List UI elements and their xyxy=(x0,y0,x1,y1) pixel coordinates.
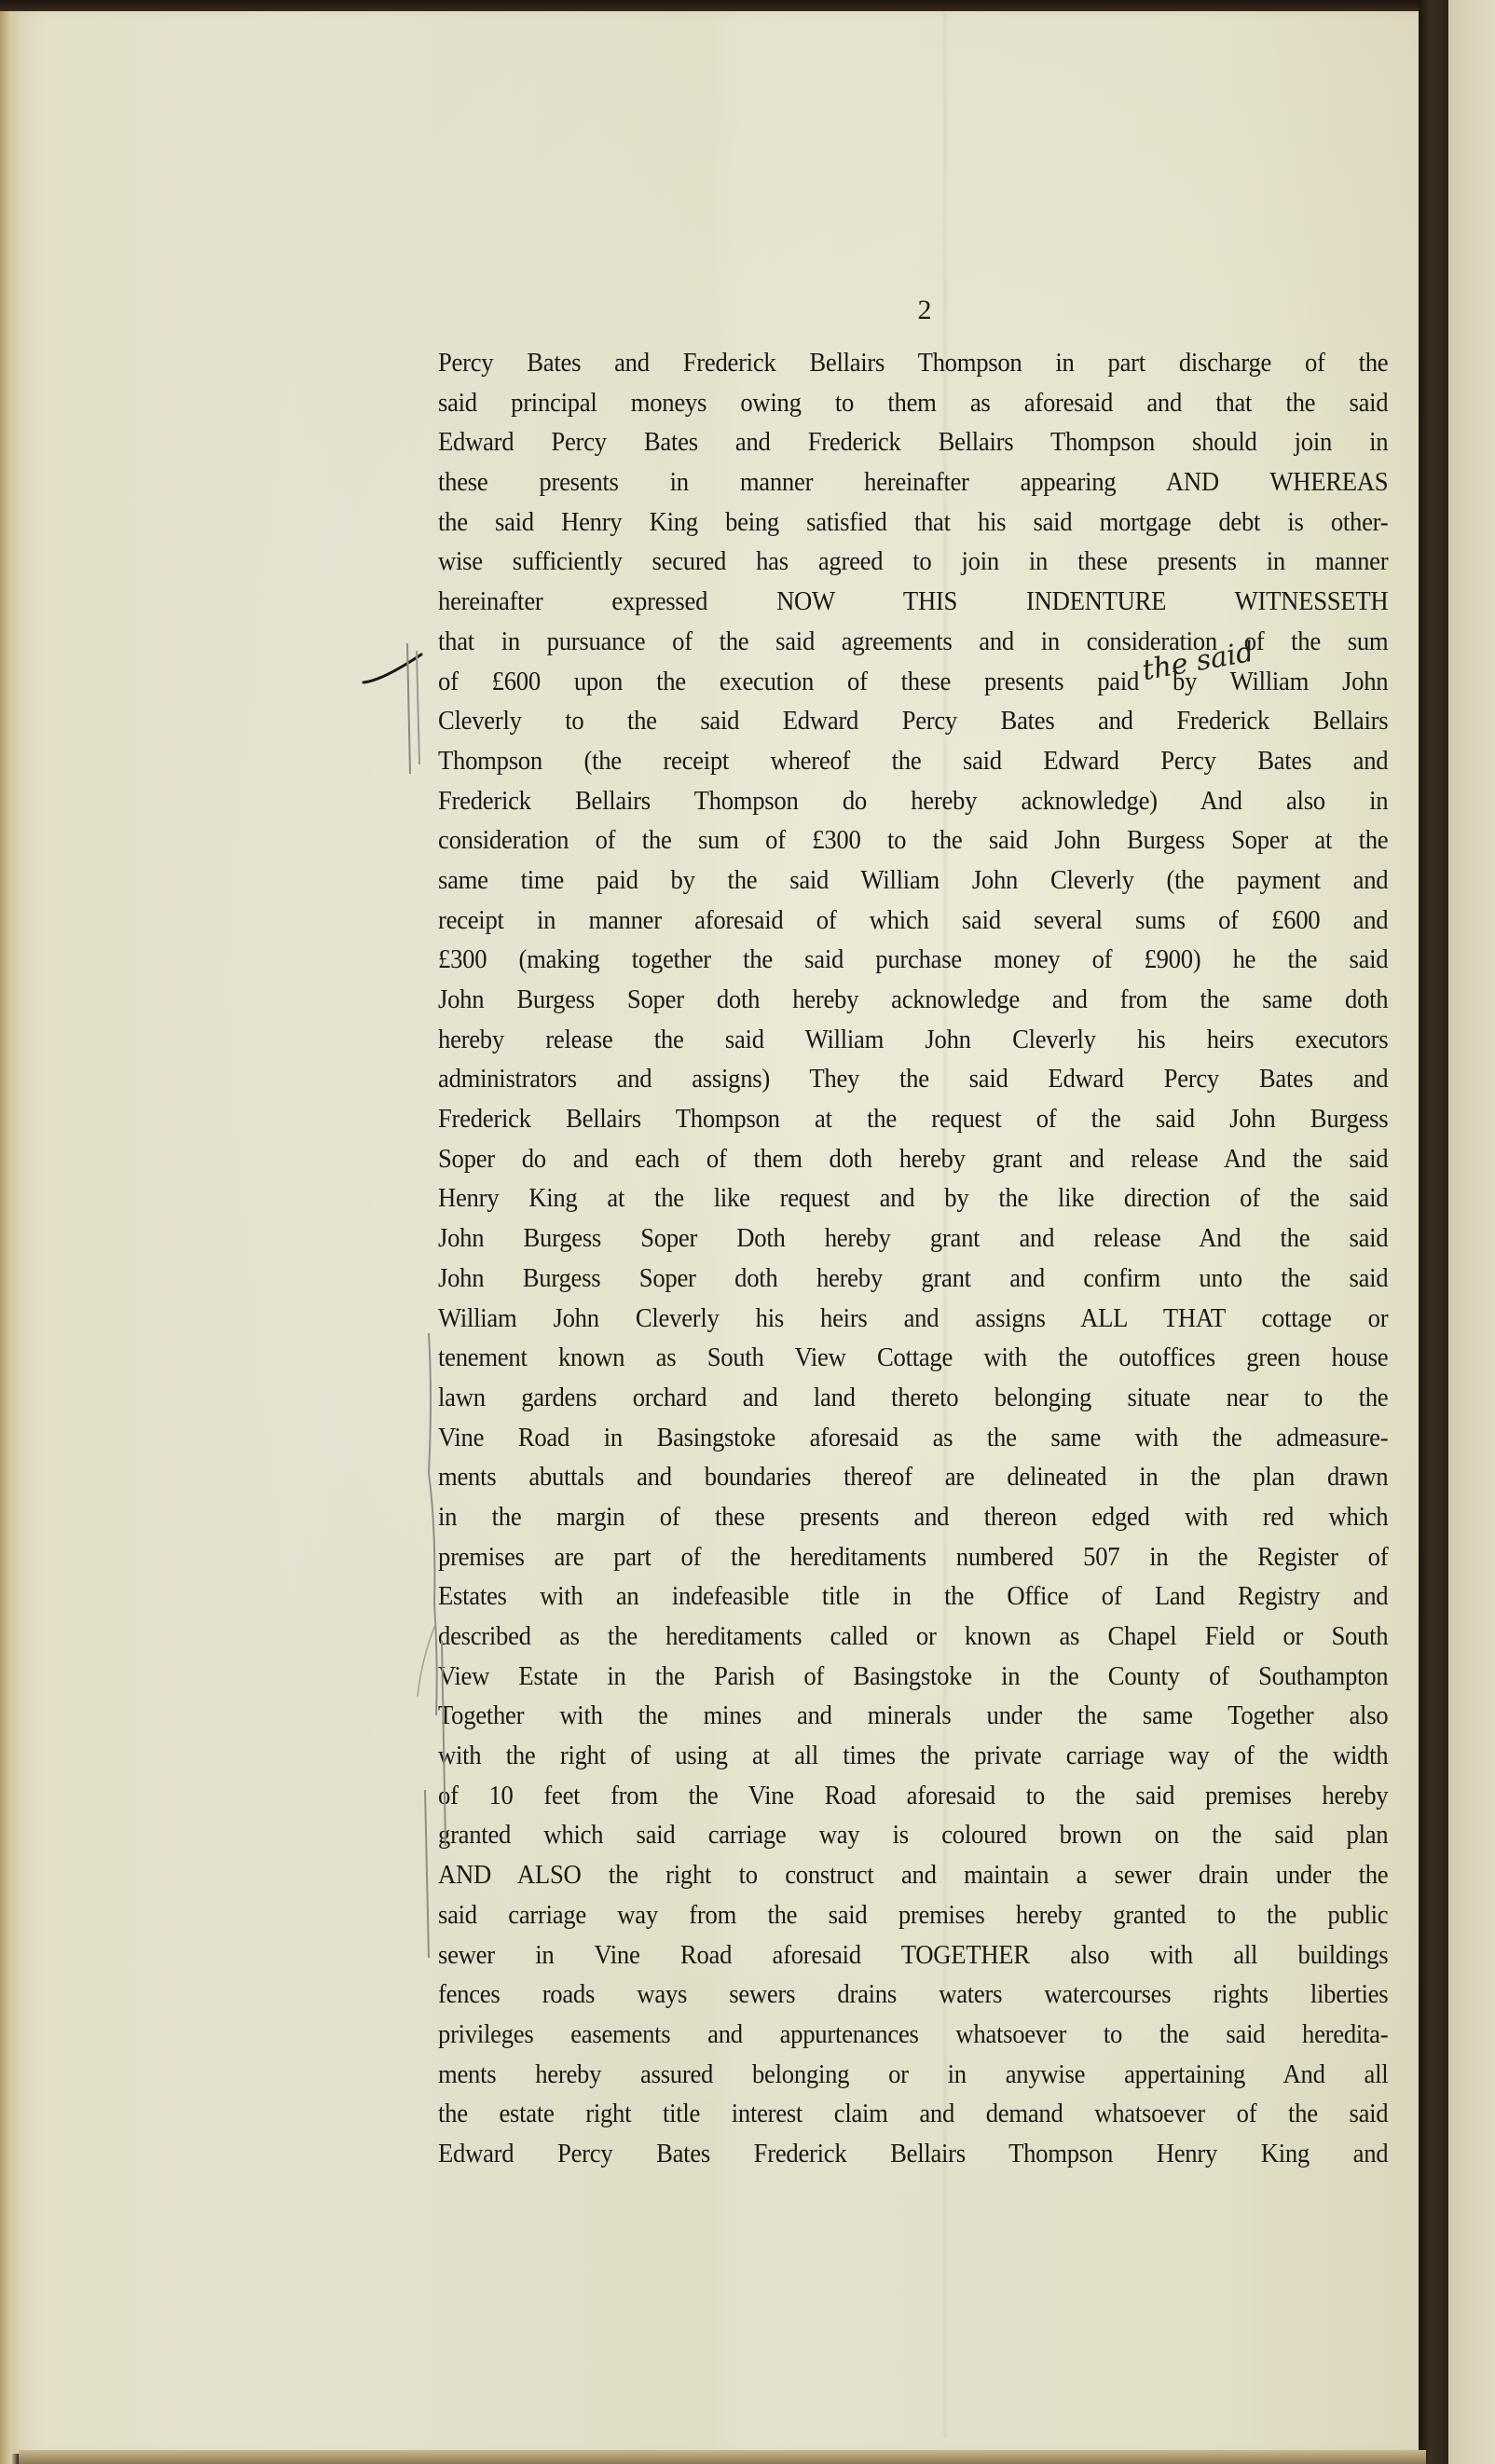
text-line: sewer in Vine Road aforesaid TOGETHER al… xyxy=(438,1935,1388,1975)
text-line: these presents in manner hereinafter app… xyxy=(438,462,1388,502)
text-line: Soper do and each of them doth hereby gr… xyxy=(438,1139,1388,1179)
text-line: said carriage way from the said premises… xyxy=(438,1895,1388,1935)
text-line: fences roads ways sewers drains waters w… xyxy=(438,1975,1388,2015)
page-bottom-edge xyxy=(19,2450,1426,2464)
text-line: View Estate in the Parish of Basingstoke… xyxy=(438,1657,1388,1697)
text-line: Estates with an indefeasible title in th… xyxy=(438,1576,1388,1617)
text-line: AND ALSO the right to construct and main… xyxy=(438,1855,1388,1895)
text-line: Edward Percy Bates and Frederick Bellair… xyxy=(438,422,1388,462)
text-line: John Burgess Soper Doth hereby grant and… xyxy=(438,1218,1388,1259)
text-line: Cleverly to the said Edward Percy Bates … xyxy=(438,701,1388,741)
indenture-body-text: Percy Bates and Frederick Bellairs Thomp… xyxy=(438,343,1389,2174)
page-number: 2 xyxy=(906,295,943,326)
text-line: Thompson (the receipt whereof the said E… xyxy=(438,741,1388,781)
text-line: consideration of the sum of £300 to the … xyxy=(438,820,1388,860)
text-line: same time paid by the said William John … xyxy=(438,860,1388,901)
text-line: administrators and assigns) They the sai… xyxy=(438,1059,1388,1099)
text-line: said principal moneys owing to them as a… xyxy=(438,383,1388,423)
text-line: wise sufficiently secured has agreed to … xyxy=(438,542,1388,582)
text-line: £300 (making together the said purchase … xyxy=(438,940,1388,980)
book-binding-gutter xyxy=(1419,0,1448,2464)
text-line: John Burgess Soper doth hereby acknowled… xyxy=(438,980,1388,1020)
text-line: hereby release the said William John Cle… xyxy=(438,1020,1388,1060)
text-line: Frederick Bellairs Thompson at the reque… xyxy=(438,1099,1388,1139)
text-line: ments hereby assured belonging or in any… xyxy=(438,2055,1388,2095)
text-line: Vine Road in Basingstoke aforesaid as th… xyxy=(438,1418,1388,1458)
text-line: Frederick Bellairs Thompson do hereby ac… xyxy=(438,781,1388,821)
text-line: hereinafter expressed NOW THIS INDENTURE… xyxy=(438,582,1388,622)
page-left-edge xyxy=(0,11,19,2464)
text-line: Together with the mines and minerals und… xyxy=(438,1696,1388,1736)
text-line: of 10 feet from the Vine Road aforesaid … xyxy=(438,1776,1388,1816)
text-line: William John Cleverly his heirs and assi… xyxy=(438,1299,1388,1339)
text-line: described as the hereditaments called or… xyxy=(438,1617,1388,1657)
text-line: tenement known as South View Cottage wit… xyxy=(438,1338,1388,1378)
text-line: the said Henry King being satisfied that… xyxy=(438,502,1388,543)
text-line: with the right of using at all times the… xyxy=(438,1736,1388,1776)
text-line: Percy Bates and Frederick Bellairs Thomp… xyxy=(438,343,1388,383)
text-line: John Burgess Soper doth hereby grant and… xyxy=(438,1259,1388,1299)
text-line: ments abuttals and boundaries thereof ar… xyxy=(438,1457,1388,1497)
text-line: premises are part of the hereditaments n… xyxy=(438,1537,1388,1577)
text-line: Henry King at the like request and by th… xyxy=(438,1178,1388,1218)
text-line: lawn gardens orchard and land thereto be… xyxy=(438,1378,1388,1418)
text-line: privileges easements and appurtenances w… xyxy=(438,2015,1388,2055)
adjacent-page-edge xyxy=(1448,0,1495,2464)
text-line: Edward Percy Bates Frederick Bellairs Th… xyxy=(438,2134,1388,2174)
text-line: granted which said carriage way is colou… xyxy=(438,1815,1388,1855)
text-line: receipt in manner aforesaid of which sai… xyxy=(438,901,1388,941)
text-line: the estate right title interest claim an… xyxy=(438,2094,1388,2134)
text-line: in the margin of these presents and ther… xyxy=(438,1497,1388,1537)
